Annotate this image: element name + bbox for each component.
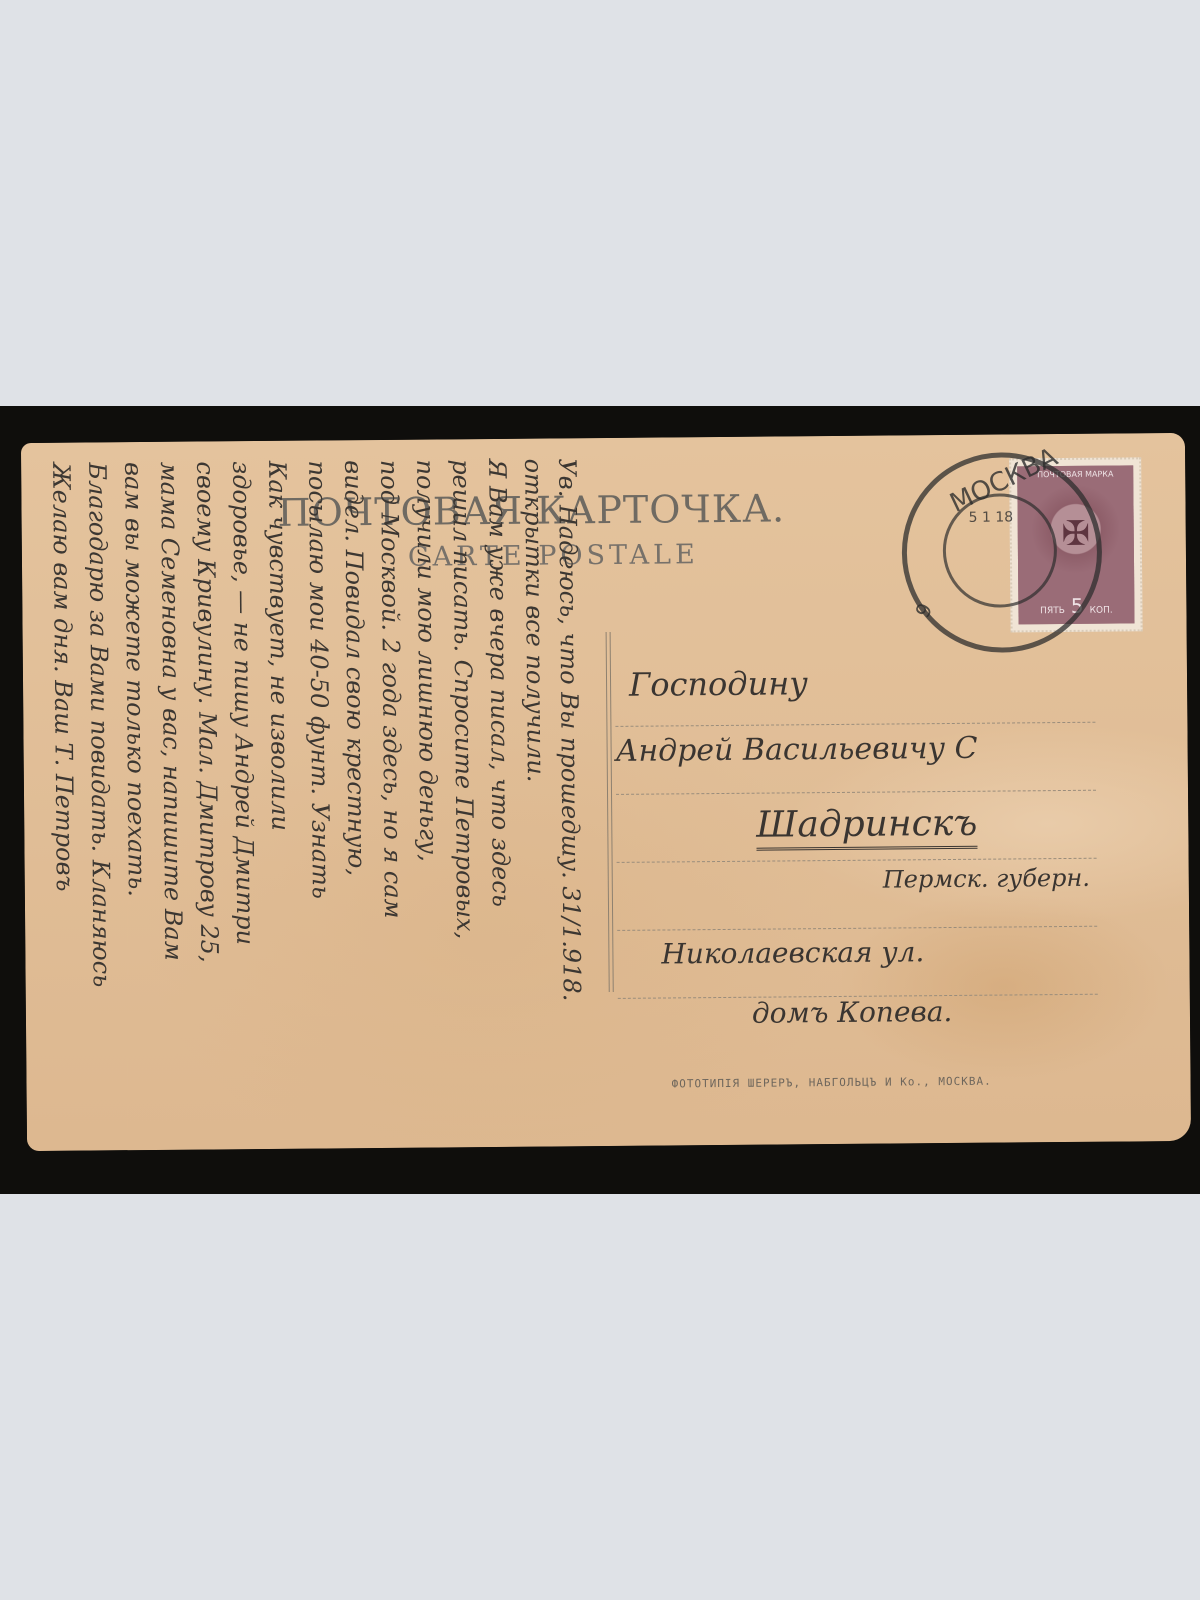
- message-line: Как чувствует, не изволили: [263, 461, 294, 831]
- message-line: своему Кривулину. Мал. Дмитрову 25,: [191, 461, 223, 962]
- address-city: Шадринскъ: [756, 803, 977, 851]
- address-line-rule: [617, 858, 1097, 863]
- message-line: решил писать. Спросите Петровых,: [447, 459, 479, 939]
- message-line: посылаю мои 40-50 фунт. Узнать: [303, 460, 335, 899]
- address-house: домъ Копева.: [752, 995, 953, 1030]
- address-recipient-name: Андрей Васильевичу С: [615, 731, 977, 769]
- message-line: мама Семеновна у вас, напишите Вам: [155, 462, 187, 961]
- address-line-rule: [616, 790, 1096, 795]
- postmark-date: 5 1 18: [969, 509, 1014, 525]
- message-line: Я Вам уже вчера писал, что здесь: [483, 459, 515, 907]
- message-line: Ув. Надеюсь, что Вы прошедшу. 31/1.918.: [553, 458, 586, 1001]
- message-line: вам вы можете только поехать.: [119, 462, 151, 897]
- postmark-cancellation: МОСКВА 5 1 18 9: [901, 452, 1103, 654]
- message-line: Желаю вам дня. Ваш Т. Петровъ: [47, 463, 79, 892]
- message-line: под Москвой. 2 года здесь, но я сам: [375, 460, 407, 919]
- address-line-rule: [617, 926, 1097, 931]
- address-line-rule: [615, 722, 1095, 727]
- address-salutation: Господину: [629, 664, 808, 704]
- message-line: здоровье, — не пишу Андрей Дмитри: [227, 461, 259, 945]
- message-line: открытки все получили.: [519, 459, 550, 783]
- message-line: Благодарю за Вами повидать. Кланяюсь: [83, 462, 116, 987]
- postmark-number: 9: [910, 599, 937, 622]
- message-address-divider: [606, 632, 614, 992]
- message-line: получили мою лишнюю деньгу,: [411, 459, 443, 861]
- handwritten-message: Ув. Надеюсь, что Вы прошедшу. 31/1.918. …: [21, 448, 587, 1143]
- postcard: ПОЧТОВАЯ КАРТОЧКА. CARTE POSTALE Ув. Над…: [21, 433, 1191, 1151]
- address-street: Николаевская ул.: [661, 935, 924, 970]
- printer-imprint: ФОТОТИПІЯ ШЕРЕРЪ, НАБГОЛЬЦЪ И Ко., МОСКВ…: [671, 1075, 991, 1091]
- message-line: видел. Повидал свою крестную,: [339, 460, 371, 876]
- stamp-value-unit: КОП.: [1090, 606, 1113, 616]
- address-province: Пермск. губерн.: [883, 864, 1090, 894]
